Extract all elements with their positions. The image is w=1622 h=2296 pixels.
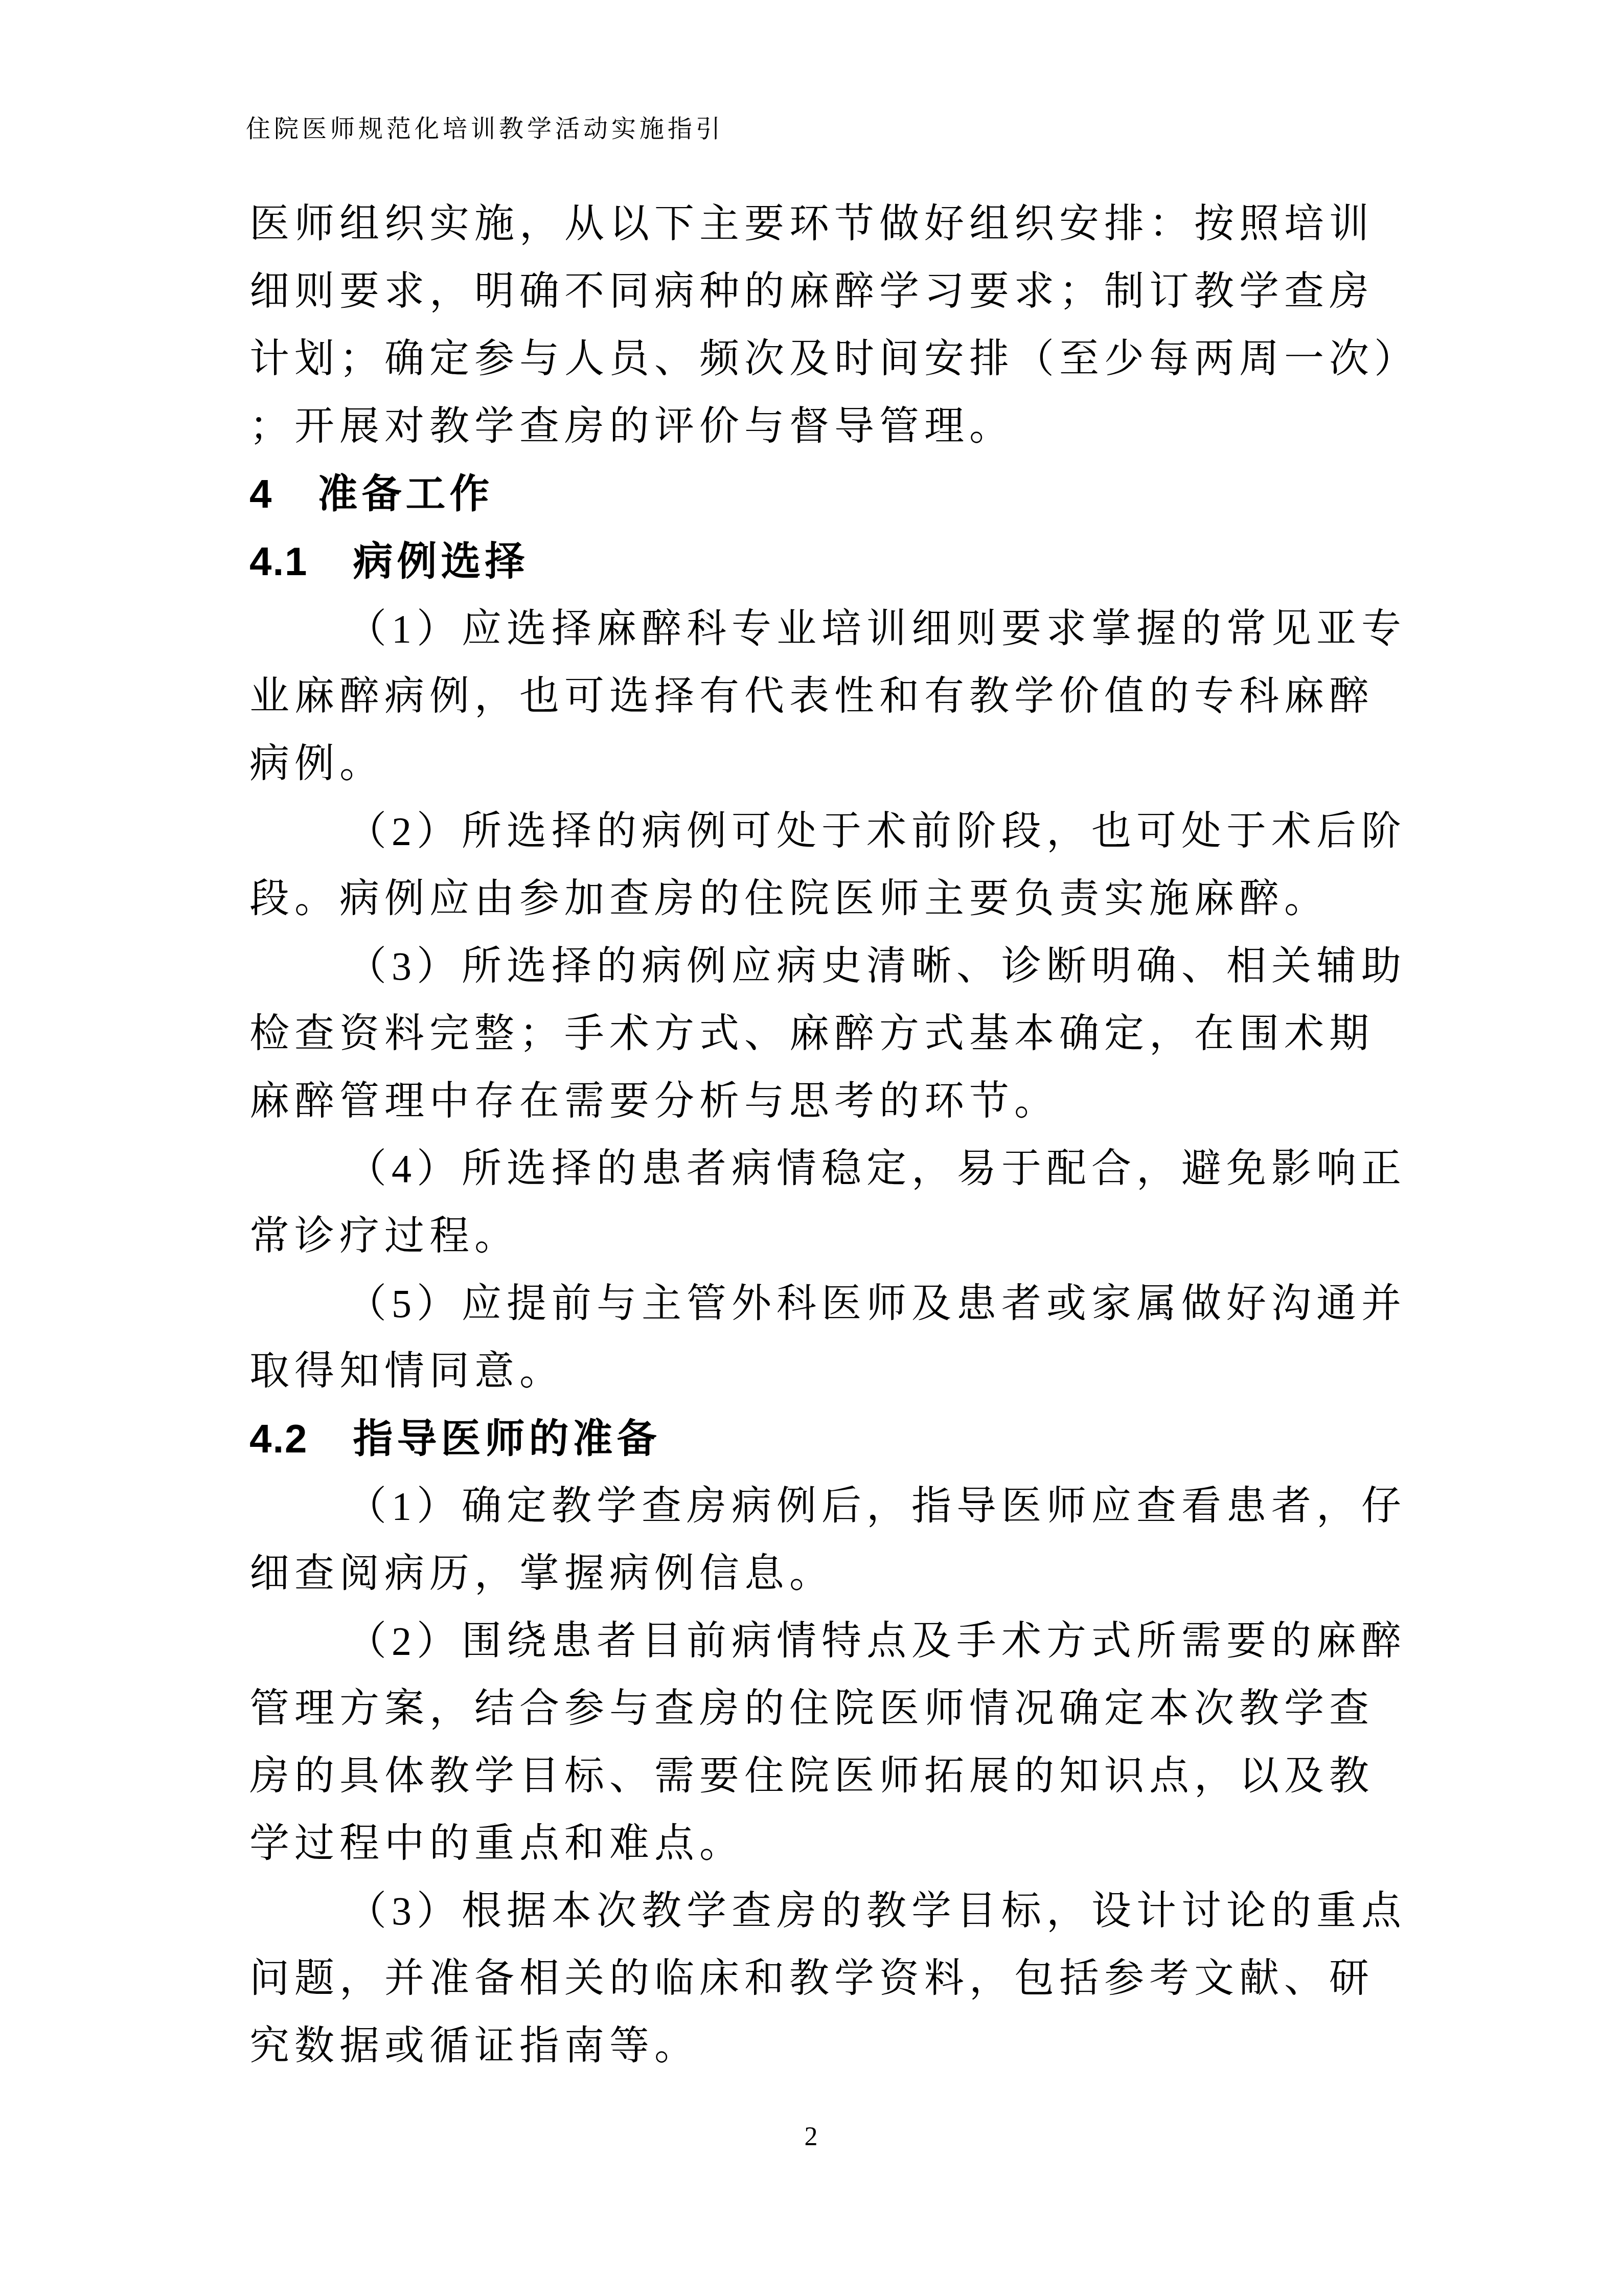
text-line: 计划；确定参与人员、频次及时间安排（至少每两周一次） [249,325,1379,393]
text-line: 病例。 [249,730,1379,798]
heading-number: 4.2 [249,1405,308,1472]
text-line: （4）所选择的患者病情稳定，易于配合，避免影响正 [249,1135,1379,1202]
text-line: 问题，并准备相关的临床和教学资料，包括参考文献、研 [249,1945,1379,2012]
text-line: 业麻醉病例，也可选择有代表性和有教学价值的专科麻醉 [249,663,1379,730]
document-page: 住院医师规范化培训教学活动实施指引 医师组织实施，从以下主要环节做好组织安排：按… [0,0,1622,2296]
text-line: （1）应选择麻醉科专业培训细则要求掌握的常见亚专 [249,595,1379,663]
text-line: （3）根据本次教学查房的教学目标，设计讨论的重点 [249,1877,1379,1945]
heading-number: 4.1 [249,528,308,595]
text-line: （3）所选择的病例应病史清晰、诊断明确、相关辅助 [249,933,1379,1000]
text-line: 取得知情同意。 [249,1337,1379,1405]
text-line: 究数据或循证指南等。 [249,2012,1379,2080]
text-line: 学过程中的重点和难点。 [249,1810,1379,1877]
heading-number: 4 [249,460,272,528]
text-line: （5）应提前与主管外科医师及患者或家属做好沟通并 [249,1270,1379,1337]
text-line: 医师组织实施，从以下主要环节做好组织安排：按照培训 [249,190,1379,258]
section-heading: 4准备工作 [249,460,1379,528]
section-heading: 4.1病例选择 [249,528,1379,595]
page-header-title: 住院医师规范化培训教学活动实施指引 [246,111,724,147]
text-line: 检查资料完整；手术方式、麻醉方式基本确定，在围术期 [249,1000,1379,1067]
text-line: 常诊疗过程。 [249,1202,1379,1270]
text-line: ；开展对教学查房的评价与督导管理。 [249,393,1379,460]
text-line: 细查阅病历，掌握病例信息。 [249,1540,1379,1607]
document-body: 医师组织实施，从以下主要环节做好组织安排：按照培训细则要求，明确不同病种的麻醉学… [249,190,1379,2080]
heading-title: 准备工作 [317,471,493,516]
heading-title: 指导医师的准备 [353,1416,660,1461]
page-number: 2 [0,2121,1622,2153]
text-line: （1）确定教学查房病例后，指导医师应查看患者，仔 [249,1472,1379,1540]
text-line: 管理方案，结合参与查房的住院医师情况确定本次教学查 [249,1675,1379,1742]
text-line: 段。病例应由参加查房的住院医师主要负责实施麻醉。 [249,865,1379,933]
section-heading: 4.2指导医师的准备 [249,1405,1379,1472]
text-line: 麻醉管理中存在需要分析与思考的环节。 [249,1067,1379,1135]
heading-title: 病例选择 [353,539,529,584]
text-line: 细则要求，明确不同病种的麻醉学习要求；制订教学查房 [249,258,1379,325]
text-line: 房的具体教学目标、需要住院医师拓展的知识点，以及教 [249,1742,1379,1810]
text-line: （2）所选择的病例可处于术前阶段，也可处于术后阶 [249,798,1379,865]
text-line: （2）围绕患者目前病情特点及手术方式所需要的麻醉 [249,1607,1379,1675]
